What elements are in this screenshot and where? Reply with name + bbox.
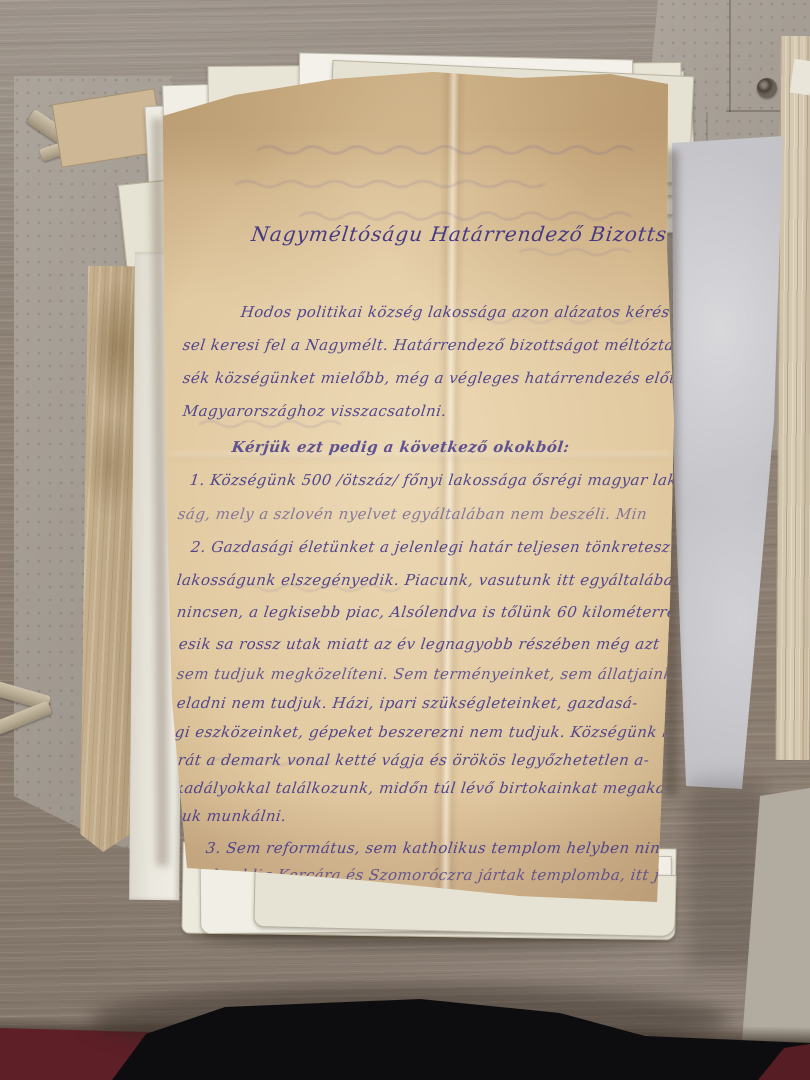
- handwritten-line: sel keresi fel a Nagymélt. Határrendező …: [182, 336, 689, 355]
- handwritten-line: Hodos politikai község lakossága azon al…: [240, 303, 677, 322]
- paper-corner: [790, 59, 810, 95]
- handwritten-line: esik sa rossz utak miatt az év legnagyob…: [178, 635, 661, 654]
- handwritten-line: juk munkálni.: [176, 807, 288, 826]
- handwritten-line: gi eszközeinket, gépeket beszerezni nem …: [174, 723, 705, 742]
- handwritten-line: Magyarországhoz visszacsatolni.: [182, 402, 448, 421]
- handwritten-line: lakosságunk elszegényedik. Piacunk, vasu…: [176, 571, 685, 590]
- folder-crease-line: [729, 0, 731, 112]
- handwritten-line: kadályokkal találkozunk, midőn túl lévő …: [174, 779, 680, 798]
- handwritten-line: eladni nem tudjuk. Házi, ipari szükségle…: [176, 694, 639, 713]
- handwritten-line: Kérjük ezt pedig a következő okokból:: [231, 438, 571, 457]
- handwritten-line: 1. Községünk 500 /ötszáz/ főnyi lakosság…: [189, 471, 702, 490]
- archive-photo: Nagyméltóságu Határrendező Bizottság! Ho…: [0, 0, 810, 1080]
- handwritten-line: 2. Gazdasági életünket a jelenlegi határ…: [190, 538, 682, 557]
- handwritten-line: nincsen, a legkisebb piac, Alsólendva is…: [176, 603, 678, 622]
- folder-grommet: [757, 78, 777, 98]
- handwritten-line: sék községünket mielőbb, még a végleges …: [182, 369, 702, 388]
- handwritten-title: Nagyméltóságu Határrendező Bizottság!: [250, 222, 705, 247]
- handwritten-line: rát a demark vonal ketté vágja és örökös…: [177, 751, 651, 770]
- handwritten-line: 3. Sem református, sem katholikus templo…: [205, 839, 684, 858]
- handwritten-line: sem tudjuk megközelíteni. Sem terményein…: [176, 665, 690, 684]
- handwritten-line: ság, mely a szlovén nyelvet egyáltalában…: [177, 505, 649, 524]
